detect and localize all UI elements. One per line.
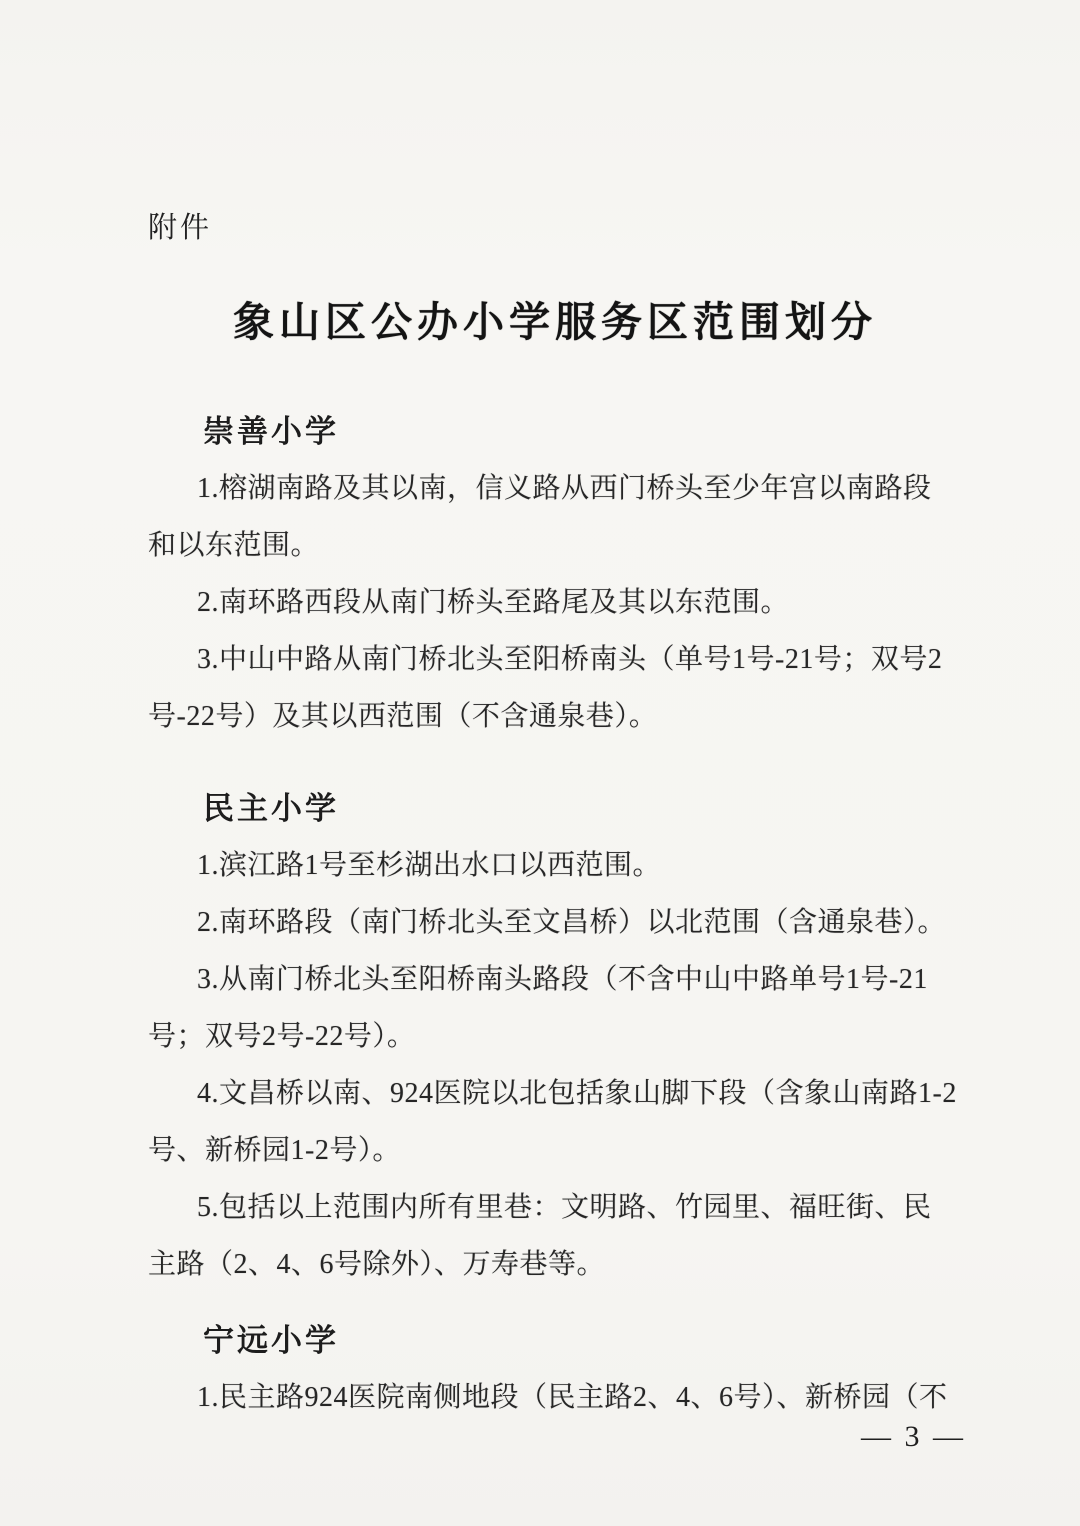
clause-line-wrap: 主路（2、4、6号除外）、万寿巷等。 [148, 1236, 962, 1293]
clause-line-wrap: 号、新桥园1-2号）。 [148, 1122, 962, 1179]
clause-line-first: 5.包括以上范围内所有里巷：文明路、竹园里、福旺街、民 [148, 1179, 962, 1236]
clause-line-first: 4.文昌桥以南、924医院以北包括象山脚下段（含象山南路1-2 [148, 1065, 962, 1122]
clause-line-first: 1.民主路924医院南侧地段（民主路2、4、6号）、新桥园（不 [148, 1369, 962, 1426]
school-section: 崇善小学1.榕湖南路及其以南，信义路从西门桥头至少年宫以南路段和以东范围。2.南… [148, 414, 962, 745]
clause-line-first: 3.中山中路从南门桥北头至阳桥南头（单号1号-21号；双号2 [148, 631, 962, 688]
clause-line-first: 2.南环路段（南门桥北头至文昌桥）以北范围（含通泉巷）。 [148, 894, 962, 951]
document-page: 附件 象山区公办小学服务区范围划分 崇善小学1.榕湖南路及其以南，信义路从西门桥… [0, 0, 1080, 1526]
clause-line-first: 2.南环路西段从南门桥头至路尾及其以东范围。 [148, 574, 962, 631]
clause-line-wrap: 号；双号2号-22号）。 [148, 1008, 962, 1065]
document-title: 象山区公办小学服务区范围划分 [148, 299, 962, 346]
school-section: 民主小学1.滨江路1号至杉湖出水口以西范围。2.南环路段（南门桥北头至文昌桥）以… [148, 791, 962, 1293]
page-number: — 3 — [861, 1420, 966, 1454]
clause-line-first: 3.从南门桥北头至阳桥南头路段（不含中山中路单号1号-21 [148, 951, 962, 1008]
school-section: 宁远小学1.民主路924医院南侧地段（民主路2、4、6号）、新桥园（不 [148, 1323, 962, 1426]
clause-line-first: 1.滨江路1号至杉湖出水口以西范围。 [148, 837, 962, 894]
attachment-label: 附件 [148, 212, 962, 245]
school-heading: 民主小学 [148, 791, 962, 827]
document-content: 崇善小学1.榕湖南路及其以南，信义路从西门桥头至少年宫以南路段和以东范围。2.南… [148, 414, 962, 1426]
school-heading: 宁远小学 [148, 1323, 962, 1359]
clause-line-first: 1.榕湖南路及其以南，信义路从西门桥头至少年宫以南路段 [148, 460, 962, 517]
clause-line-wrap: 和以东范围。 [148, 517, 962, 574]
clause-line-wrap: 号-22号）及其以西范围（不含通泉巷）。 [148, 688, 962, 745]
school-heading: 崇善小学 [148, 414, 962, 450]
